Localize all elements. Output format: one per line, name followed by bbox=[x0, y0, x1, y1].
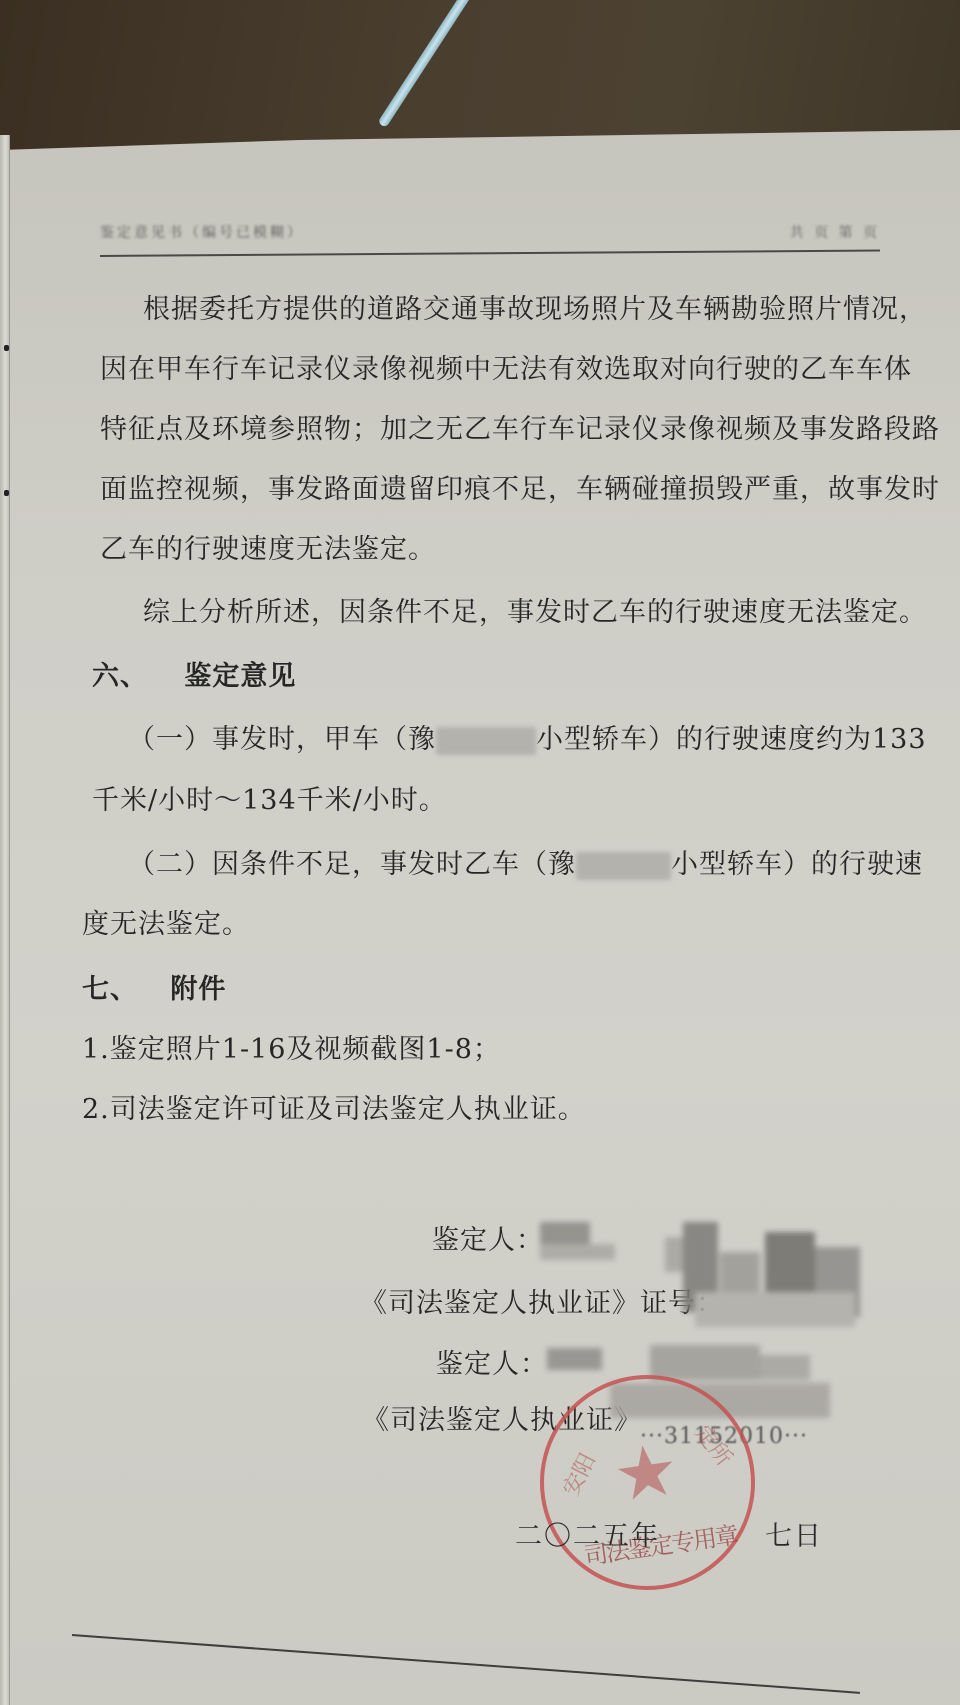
binding-hole bbox=[4, 490, 9, 496]
date-day: 七日 bbox=[765, 1521, 823, 1552]
paragraph-line: 特征点及环境参照物；加之无乙车行车记录仪录像视频及事发路段路 bbox=[100, 413, 940, 447]
attachment-item: 1.鉴定照片1-16及视频截图1-8； bbox=[82, 1033, 501, 1067]
page-header: 鉴定意见书（编号已模糊） 共 页 第 页 bbox=[100, 222, 880, 244]
opinion-item-2-prefix: （二）因条件不足，事发时乙车（豫 bbox=[128, 849, 576, 880]
header-right-text: 共 页 第 页 bbox=[790, 222, 880, 244]
redacted-plate-number bbox=[436, 727, 536, 755]
redacted-signature-2 bbox=[547, 1348, 607, 1380]
section-number: 六、 bbox=[92, 661, 148, 692]
opinion-item-1: （一）事发时，甲车（豫小型轿车）的行驶速度约为133 bbox=[128, 723, 927, 757]
appraiser-label-1: 鉴定人： bbox=[432, 1224, 544, 1258]
paragraph-line: 乙车的行驶速度无法鉴定。 bbox=[100, 533, 436, 567]
appraiser-label-2: 鉴定人： bbox=[436, 1348, 548, 1382]
summary-paragraph: 综上分析所述，因条件不足，事发时乙车的行驶速度无法鉴定。 bbox=[143, 596, 927, 630]
opinion-item-1-prefix: （一）事发时，甲车（豫 bbox=[128, 724, 436, 755]
report-date: 二〇二五年七日 bbox=[515, 1514, 823, 1553]
paragraph-line: 根据委托方提供的道路交通事故现场照片及车辆勘验照片情况， bbox=[143, 293, 927, 327]
star-icon: ★ bbox=[609, 1432, 683, 1512]
opinion-item-1-suffix: 小型轿车）的行驶速度约为133 bbox=[536, 724, 927, 755]
opinion-item-2: （二）因条件不足，事发时乙车（豫小型轿车）的行驶速 bbox=[128, 848, 923, 882]
redacted-signature-image bbox=[665, 1222, 865, 1332]
page-binding-edge bbox=[0, 135, 10, 1705]
section-number: 七、 bbox=[82, 974, 138, 1005]
attachment-item: 2.司法鉴定许可证及司法鉴定人执业证。 bbox=[82, 1093, 586, 1127]
paragraph-line: 面监控视频，事发路面遗留印痕不足，车辆碰撞损毁严重，故事发时 bbox=[100, 473, 940, 507]
redacted-signature-1 bbox=[540, 1222, 620, 1262]
opinion-item-2-suffix: 小型轿车）的行驶速 bbox=[671, 849, 923, 880]
opinion-item-1-line-2: 千米/小时～134千米/小时。 bbox=[92, 784, 447, 818]
header-left-text: 鉴定意见书（编号已模糊） bbox=[100, 222, 304, 244]
seal-side-text-left: 安阳 bbox=[554, 1447, 602, 1500]
section-title: 鉴定意见 bbox=[184, 661, 296, 692]
seal-side-text-right: 定所 bbox=[689, 1418, 741, 1472]
section-heading-6: 六、 鉴定意见 bbox=[92, 660, 296, 694]
paragraph-line: 因在甲车行车记录仪录像视频中无法有效选取对向行驶的乙车车体 bbox=[100, 353, 912, 387]
section-title: 附件 bbox=[170, 974, 226, 1005]
redacted-plate-number bbox=[576, 852, 671, 880]
opinion-item-2-line-2: 度无法鉴定。 bbox=[82, 908, 250, 942]
binding-hole bbox=[4, 345, 9, 351]
date-year: 二〇二五年 bbox=[515, 1521, 660, 1552]
section-heading-7: 七、 附件 bbox=[82, 973, 226, 1007]
